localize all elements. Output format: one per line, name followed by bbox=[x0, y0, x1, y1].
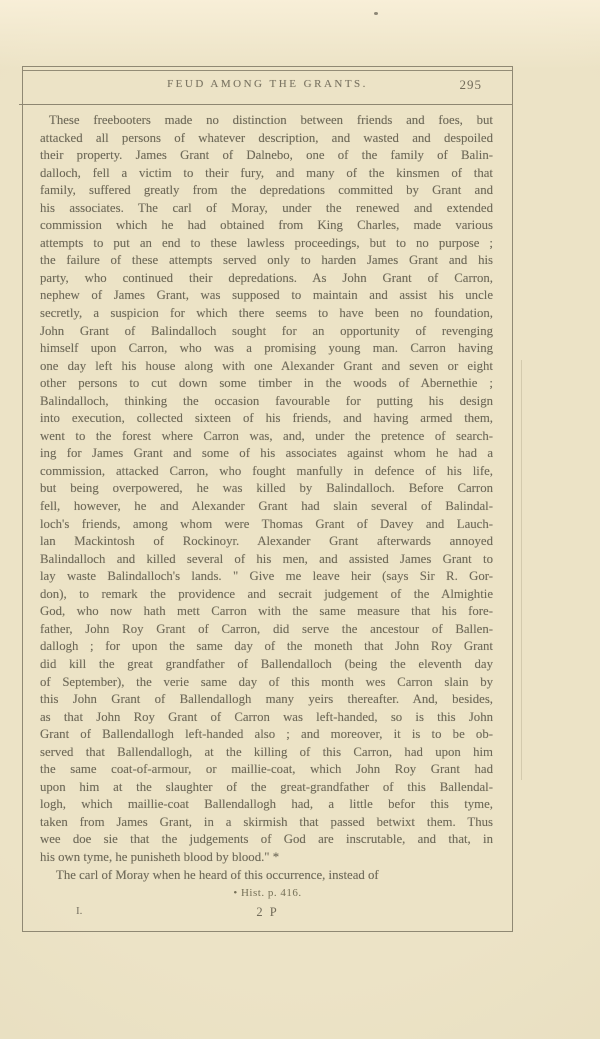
text-line: served that Ballendallogh, at the killin… bbox=[40, 744, 493, 762]
body-text: These freebooters made no distinction be… bbox=[40, 112, 493, 884]
page-number: 295 bbox=[460, 77, 483, 93]
signature-row: I. 2 P bbox=[23, 905, 512, 921]
running-head: FEUD AMONG THE GRANTS. 295 bbox=[23, 78, 512, 94]
text-line: of September), the verie same day of thi… bbox=[40, 674, 493, 692]
text-line: went to the forest where Carron was, and… bbox=[40, 428, 493, 446]
text-line: one day left his house along with one Al… bbox=[40, 358, 493, 376]
text-line: attempts to put an end to these lawless … bbox=[40, 235, 493, 253]
header-title: FEUD AMONG THE GRANTS. bbox=[23, 78, 512, 90]
text-line: the same coat-of-armour, or maillie-coat… bbox=[40, 761, 493, 779]
paragraph: The carl of Moray when he heard of this … bbox=[40, 867, 493, 885]
text-line: Balindalloch and killed several of his m… bbox=[40, 551, 493, 569]
text-line: Balindalloch, thinking the occasion favo… bbox=[40, 393, 493, 411]
text-line: dalloch, fell a victim to their fury, an… bbox=[40, 165, 493, 183]
signature-volume: I. bbox=[76, 905, 82, 917]
text-line: logh, which maillie-coat Ballendallogh h… bbox=[40, 796, 493, 814]
text-line: his associates. The carl of Moray, under… bbox=[40, 200, 493, 218]
text-line: into execution, collected sixteen of his… bbox=[40, 410, 493, 428]
page-edge-artifact bbox=[521, 360, 522, 780]
text-line: this John Grant of Ballendallogh many ye… bbox=[40, 691, 493, 709]
ink-speck bbox=[374, 12, 378, 15]
text-line: their property. James Grant of Dalnebo, … bbox=[40, 147, 493, 165]
text-line: don), to remark the providence and secra… bbox=[40, 586, 493, 604]
double-rule-inner bbox=[23, 70, 512, 71]
text-line: the failure of these attempts served onl… bbox=[40, 252, 493, 270]
text-line: wee doe sie that the judgements of God a… bbox=[40, 831, 493, 849]
text-line: but being overpowered, he was killed by … bbox=[40, 480, 493, 498]
text-line: did kill the great grandfather of Ballen… bbox=[40, 656, 493, 674]
header-rule bbox=[19, 104, 512, 105]
text-line: himself upon Carron, who was a promising… bbox=[40, 340, 493, 358]
text-line: John Grant of Balindalloch sought for an… bbox=[40, 323, 493, 341]
text-line: taken from James Grant, in a skirmish th… bbox=[40, 814, 493, 832]
footnote: • Hist. p. 416. bbox=[23, 887, 512, 899]
text-line: party, who continued their depredations.… bbox=[40, 270, 493, 288]
text-line: other persons to cut down some timber in… bbox=[40, 375, 493, 393]
text-line: his own tyme, he punisheth blood by bloo… bbox=[40, 849, 493, 867]
paper-top-light bbox=[0, 0, 600, 70]
text-line: Grant of Ballendallogh left-handed also … bbox=[40, 726, 493, 744]
text-line: upon him at the slaughter of the great-g… bbox=[40, 779, 493, 797]
signature-gathering: 2 P bbox=[23, 905, 512, 920]
text-line: dallogh ; for upon the same day of the m… bbox=[40, 638, 493, 656]
text-line: loch's friends, among whom were Thomas G… bbox=[40, 516, 493, 534]
paragraph: These freebooters made no distinction be… bbox=[40, 112, 493, 867]
text-line: lan Mackintosh of Rockinoyr. Alexander G… bbox=[40, 533, 493, 551]
text-line: attacked all persons of whatever descrip… bbox=[40, 130, 493, 148]
text-line: God, who now hath mett Carron with the s… bbox=[40, 603, 493, 621]
text-line: fell, however, he and Alexander Grant ha… bbox=[40, 498, 493, 516]
text-line: as that John Roy Grant of Carron was lef… bbox=[40, 709, 493, 727]
text-line: father, John Roy Grant of Carron, did se… bbox=[40, 621, 493, 639]
text-line: secretly, a suspicion for which there se… bbox=[40, 305, 493, 323]
text-line: commission which he had obtained from Ki… bbox=[40, 217, 493, 235]
text-line: The carl of Moray when he heard of this … bbox=[40, 867, 493, 885]
text-line: lay waste Balindalloch's lands. " Give m… bbox=[40, 568, 493, 586]
scanned-book-page: { "page": { "header": { "title": "FEUD A… bbox=[0, 0, 600, 1039]
text-line: family, suffered greatly from the depred… bbox=[40, 182, 493, 200]
text-line: nephew of James Grant, was supposed to m… bbox=[40, 287, 493, 305]
text-line: These freebooters made no distinction be… bbox=[40, 112, 493, 130]
text-line: commission, attacked Carron, who fought … bbox=[40, 463, 493, 481]
text-line: ing for James Grant and some of his asso… bbox=[40, 445, 493, 463]
page-frame: FEUD AMONG THE GRANTS. 295 These freeboo… bbox=[22, 66, 513, 932]
